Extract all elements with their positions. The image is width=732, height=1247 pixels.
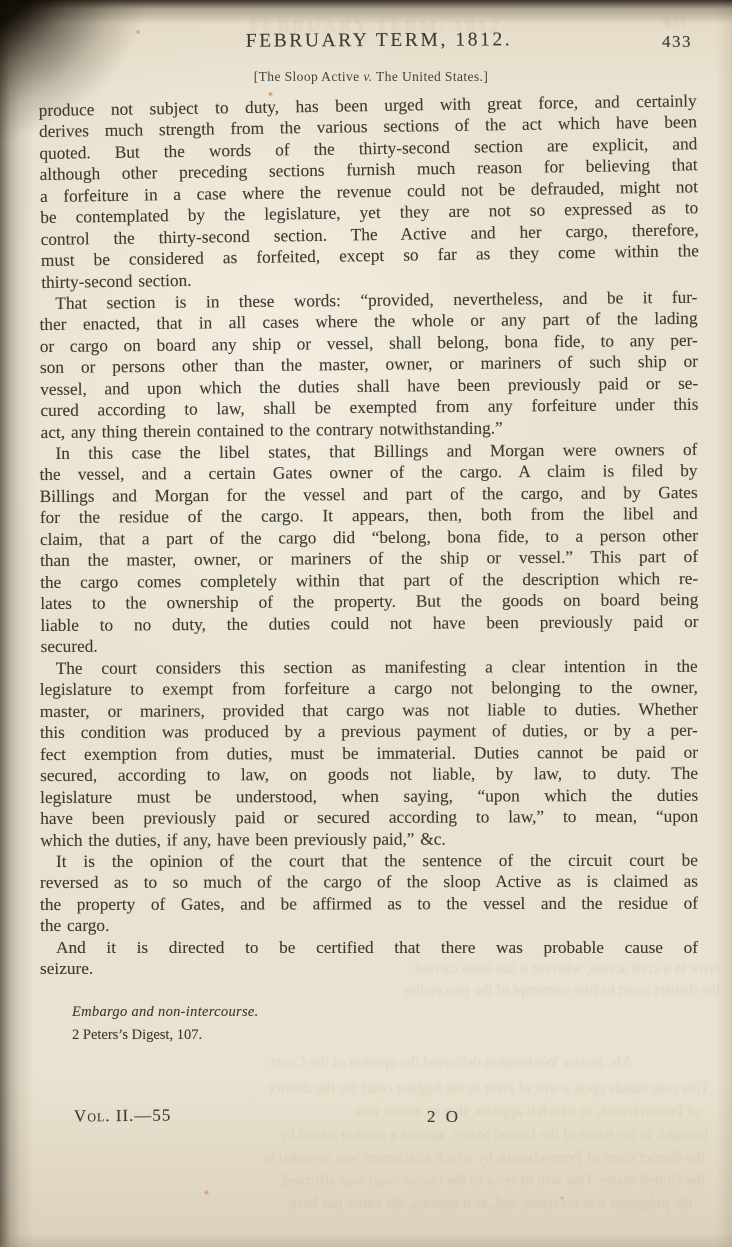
foxing-spot — [268, 92, 273, 96]
text-line: which the duties, if any, have been prev… — [40, 827, 698, 851]
text-line: secured, according to law, on goods not … — [40, 763, 698, 787]
bottom-edge-shadow — [0, 1233, 732, 1247]
volume-signature: Vol. II.—55 — [74, 1105, 172, 1126]
text-line: reversed as to so much of the cargo of t… — [40, 871, 698, 894]
page-number: 433 — [662, 32, 692, 52]
foxing-spot — [560, 1196, 564, 1200]
text-line: legislature must be understood, when say… — [40, 784, 698, 808]
text-line: And it is directed to be certified that … — [40, 937, 698, 958]
case-caption-rest: The United States.] — [373, 69, 489, 84]
footnote-citation: 2 Peters’s Digest, 107. — [72, 1024, 259, 1047]
text-line: the property of Gates, and be affirmed a… — [40, 892, 698, 915]
case-caption-versus: v. — [363, 69, 372, 84]
foxing-spot — [204, 1190, 209, 1195]
gathering-signature: 2 O — [427, 1107, 461, 1127]
text-line: It is the opinion of the court that the … — [40, 849, 698, 872]
text-line: fect exemption from duties, must be imma… — [40, 741, 698, 765]
text-line: secured. — [41, 632, 699, 657]
corner-shadow — [0, 0, 190, 200]
text-line: seizure. — [40, 958, 698, 979]
scanned-book-page: { "header": { "term": "FEBRUARY TERM, 18… — [0, 0, 732, 1247]
bleedthrough-text: the judgment was reversed; and, as it ap… — [62, 1195, 692, 1213]
book-page: error in a civil action, wherein it has … — [0, 0, 732, 1247]
paragraph: In this case the libel states, that Bill… — [39, 439, 698, 658]
bleedthrough-text: This case stands upon a writ of error to… — [55, 1080, 710, 1098]
bleedthrough-text: brought, in the name of the United State… — [58, 1126, 708, 1144]
paragraph: The court considers this section as mani… — [40, 655, 699, 850]
text-line: master, or mariners, provided that cargo… — [40, 698, 698, 722]
text-line: The court considers this section as mani… — [40, 655, 698, 679]
bleedthrough-text: the district court of Pennsylvania, by w… — [60, 1149, 705, 1167]
opinion-text: produce not subject to duty, has been ur… — [40, 100, 698, 980]
footnote: Embargo and non-intercourse. 2 Peters’s … — [72, 1001, 259, 1047]
paragraph: That section is in these words: “provide… — [39, 287, 698, 443]
text-line: liable to no duty, the duties could not … — [40, 611, 698, 636]
paragraph: It is the opinion of the court that the … — [40, 849, 698, 936]
bleedthrough-text: the district court to fine contempt of t… — [405, 982, 720, 1000]
text-line: legislature to exempt from forfeiture a … — [40, 677, 698, 701]
text-line: the cargo. — [40, 914, 698, 937]
bleedthrough-text: Mr. Justice Washington delivered the opi… — [70, 1054, 630, 1072]
footnote-subject: Embargo and non-intercourse. — [72, 1001, 259, 1024]
text-line: this condition was produced by a previou… — [40, 720, 698, 744]
case-caption-open: [The Sloop Active — [254, 69, 364, 84]
paragraph: And it is directed to be certified that … — [40, 937, 698, 980]
bleedthrough-text: the United States. One writ of error to … — [60, 1172, 705, 1190]
text-line: have been previously paid or secured acc… — [40, 806, 698, 830]
